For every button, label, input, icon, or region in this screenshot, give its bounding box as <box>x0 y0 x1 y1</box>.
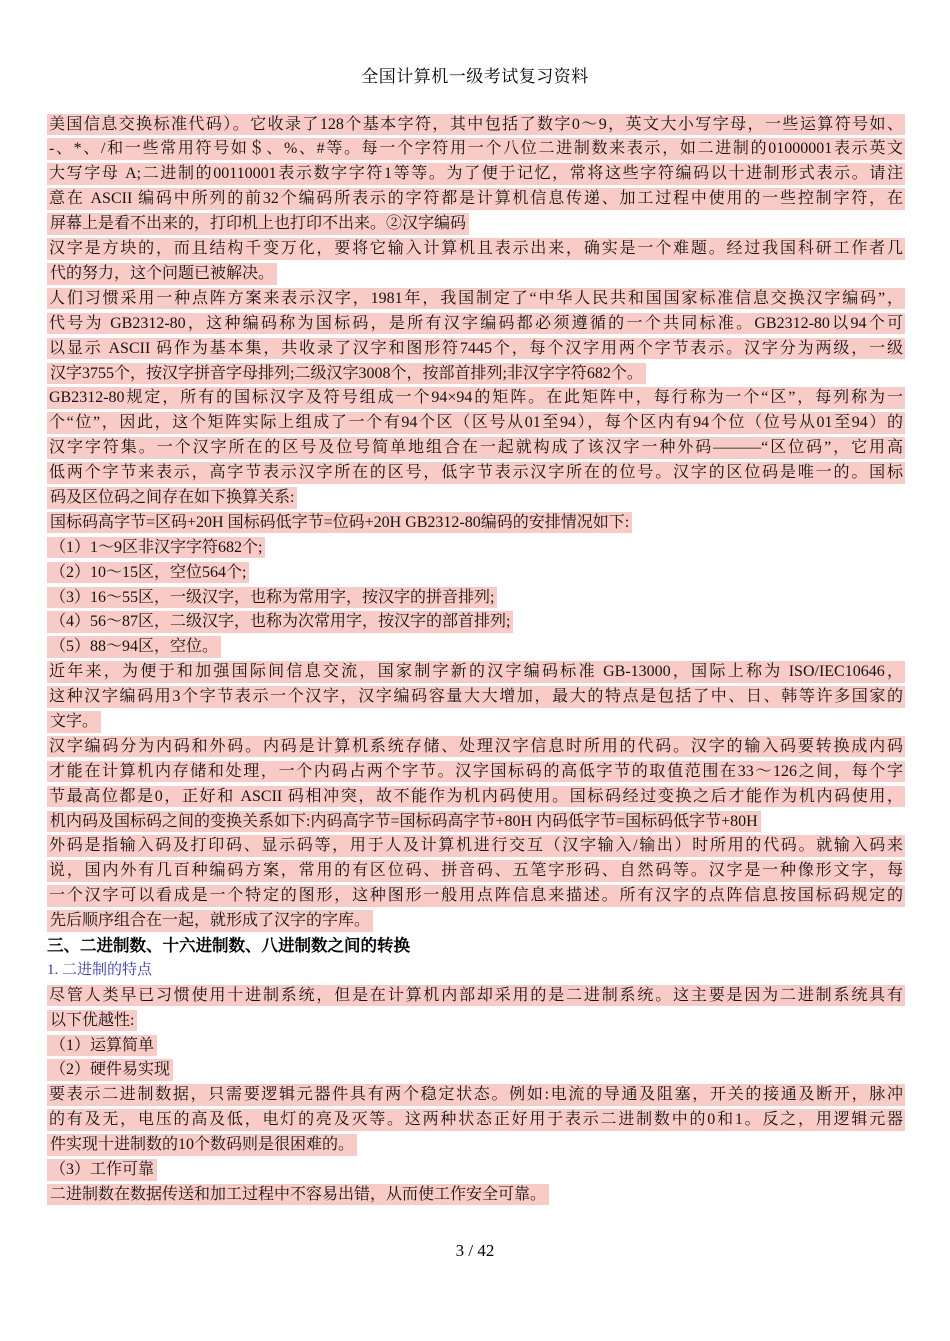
text-line: 二进制数在数据传送和加工过程中不容易出错，从而使工作安全可靠。 <box>47 1182 905 1207</box>
highlighted-text: （2）硬件易实现 <box>47 1059 173 1081</box>
text-line: 代的努力，这个问题已被解决。 <box>47 261 905 286</box>
highlighted-text: 件实现十进制数的10个数码则是很困难的。 <box>47 1134 357 1156</box>
text-line: 意在 ASCII 编码中所列的前32个编码所表示的字符都是计算机信息传递、加工过… <box>47 187 905 212</box>
highlighted-text: 近年来，为便于和加强国际间信息交流，国家制字新的汉字编码标准 GB-13000，… <box>47 661 905 683</box>
highlighted-text: （2）10～15区，空位564个; <box>47 562 249 584</box>
text-line: 近年来，为便于和加强国际间信息交流，国家制字新的汉字编码标准 GB-13000，… <box>47 660 905 685</box>
text-line: 汉字3755个，按汉字拼音字母排列;二级汉字3008个，按部首排列;非汉字字符6… <box>47 361 905 386</box>
highlighted-text: 以显示 ASCII 码作为基本集，共收录了汉字和图形符7445个，每个汉字用两个… <box>47 338 905 360</box>
text-line: 美国信息交换标准代码）。它收录了128个基本字符，其中包括了数字0～9，英文大小… <box>47 112 905 137</box>
text-line: 文字。 <box>47 709 905 734</box>
text-line: 1. 二进制的特点 <box>47 958 905 983</box>
text-line: 以显示 ASCII 码作为基本集，共收录了汉字和图形符7445个，每个汉字用两个… <box>47 336 905 361</box>
highlighted-text: 汉字是方块的，而且结构千变万化，要将它输入计算机且表示出来，确实是一个难题。经过… <box>47 238 905 260</box>
highlighted-text: 文字。 <box>47 711 101 733</box>
highlighted-text: 外码是指输入码及打印码、显示码等，用于人及计算机进行交互（汉字输入/输出）时所用… <box>47 835 905 857</box>
text-line: GB2312-80规定，所有的国标汉字及符号组成一个94×94的矩阵。在此矩阵中… <box>47 386 905 411</box>
text-line: （5）88～94区，空位。 <box>47 635 905 660</box>
highlighted-text: -、*、/和一些常用符号如＄、%、#等。每一个字符用一个八位二进制数来表示，如二… <box>47 138 905 160</box>
highlighted-text: （1）1～9区非汉字字符682个; <box>47 537 265 559</box>
highlighted-text: 低两个字节来表示，高字节表示汉字所在的区号，低字节表示汉字所在的位号。汉字的区位… <box>47 462 905 484</box>
highlighted-text: 要表示二进制数据，只需要逻辑元器件具有两个稳定状态。例如:电流的导通及阻塞，开关… <box>47 1084 905 1106</box>
text-line: （3）工作可靠 <box>47 1157 905 1182</box>
highlighted-text: （3）工作可靠 <box>47 1159 157 1181</box>
highlighted-text: （3）16～55区，一级汉字，也称为常用字，按汉字的拼音排列; <box>47 587 497 609</box>
highlighted-text: 大写字母 A;二进制的00110001表示数字字符1等等。为了便于记忆，常将这些… <box>47 163 905 185</box>
highlighted-text: 汉字字符集。一个汉字所在的区号及位号简单地组合在一起就构成了该汉字一种外码———… <box>47 437 905 459</box>
highlighted-text: 一个汉字可以看成是一个特定的图形，这种图形一般用点阵信息来描述。所有汉字的点阵信… <box>47 885 905 907</box>
highlighted-text: 人们习惯采用一种点阵方案来表示汉字，1981年，我国制定了“中华人民共和国国家标… <box>47 288 905 310</box>
highlighted-text: 先后顺序组合在一起，就形成了汉字的字库。 <box>47 910 373 932</box>
text-line: （1）运算简单 <box>47 1033 905 1058</box>
text-line: 低两个字节来表示，高字节表示汉字所在的区号，低字节表示汉字所在的位号。汉字的区位… <box>47 460 905 485</box>
text-line: 汉字字符集。一个汉字所在的区号及位号简单地组合在一起就构成了该汉字一种外码———… <box>47 436 905 461</box>
text-line: 的有及无，电压的高及低，电灯的亮及灭等。这两种状态正好用于表示二进制数中的0和1… <box>47 1108 905 1133</box>
highlighted-text: 这种汉字编码用3个字节表示一个汉字，汉字编码容量大大增加，最大的特点是包括了中、… <box>47 686 905 708</box>
highlighted-text: （4）56～87区，二级汉字，也称为次常用字，按汉字的部首排列; <box>47 611 513 633</box>
text-line: 要表示二进制数据，只需要逻辑元器件具有两个稳定状态。例如:电流的导通及阻塞，开关… <box>47 1083 905 1108</box>
text-line: 三、二进制数、十六进制数、八进制数之间的转换 <box>47 933 905 958</box>
text-line: 先后顺序组合在一起，就形成了汉字的字库。 <box>47 909 905 934</box>
highlighted-text: 以下优越性: <box>47 1010 137 1032</box>
highlighted-text: （5）88～94区，空位。 <box>47 636 221 658</box>
highlighted-text: 汉字3755个，按汉字拼音字母排列;二级汉字3008个，按部首排列;非汉字字符6… <box>47 363 646 385</box>
sub-heading: 1. 二进制的特点 <box>47 960 152 982</box>
highlighted-text: 二进制数在数据传送和加工过程中不容易出错，从而使工作安全可靠。 <box>47 1184 549 1206</box>
document-title: 全国计算机一级考试复习资料 <box>0 62 950 87</box>
text-line: 大写字母 A;二进制的00110001表示数字字符1等等。为了便于记忆，常将这些… <box>47 162 905 187</box>
text-line: -、*、/和一些常用符号如＄、%、#等。每一个字符用一个八位二进制数来表示，如二… <box>47 137 905 162</box>
text-line: 汉字是方块的，而且结构千变万化，要将它输入计算机且表示出来，确实是一个难题。经过… <box>47 236 905 261</box>
text-line: 件实现十进制数的10个数码则是很困难的。 <box>47 1133 905 1158</box>
text-line: 才能在计算机内存储和处理，一个内码占两个字节。汉字国标码的高低字节的取值范围在3… <box>47 759 905 784</box>
text-line: （3）16～55区，一级汉字，也称为常用字，按汉字的拼音排列; <box>47 585 905 610</box>
text-line: 屏幕上是看不出来的，打印机上也打印不出来。②汉字编码 <box>47 212 905 237</box>
highlighted-text: 屏幕上是看不出来的，打印机上也打印不出来。②汉字编码 <box>47 213 469 235</box>
text-line: （1）1～9区非汉字字符682个; <box>47 535 905 560</box>
document-page: 全国计算机一级考试复习资料 美国信息交换标准代码）。它收录了128个基本字符，其… <box>0 0 950 1341</box>
highlighted-text: 的有及无，电压的高及低，电灯的亮及灭等。这两种状态正好用于表示二进制数中的0和1… <box>47 1109 905 1131</box>
text-line: 汉字编码分为内码和外码。内码是计算机系统存储、处理汉字信息时所用的代码。汉字的输… <box>47 734 905 759</box>
highlighted-text: 才能在计算机内存储和处理，一个内码占两个字节。汉字国标码的高低字节的取值范围在3… <box>47 761 905 783</box>
highlighted-text: 意在 ASCII 编码中所列的前32个编码所表示的字符都是计算机信息传递、加工过… <box>47 188 905 210</box>
highlighted-text: 美国信息交换标准代码）。它收录了128个基本字符，其中包括了数字0～9，英文大小… <box>47 114 905 136</box>
text-line: 外码是指输入码及打印码、显示码等，用于人及计算机进行交互（汉字输入/输出）时所用… <box>47 834 905 859</box>
page-number: 3 / 42 <box>0 1241 950 1261</box>
text-line: 节最高位都是0，正好和 ASCII 码相冲突，故不能作为机内码使用。国标码经过变… <box>47 784 905 809</box>
highlighted-text: 个“位”，因此，这个矩阵实际上组成了一个有94个区（区号从01至94），每个区内… <box>47 412 905 434</box>
highlighted-text: 汉字编码分为内码和外码。内码是计算机系统存储、处理汉字信息时所用的代码。汉字的输… <box>47 736 905 758</box>
highlighted-text: 代号为 GB2312-80，这种编码称为国标码，是所有汉字编码都必须遵循的一个共… <box>47 313 905 335</box>
text-line: （2）10～15区，空位564个; <box>47 560 905 585</box>
highlighted-text: 代的努力，这个问题已被解决。 <box>47 263 277 285</box>
highlighted-text: GB2312-80规定，所有的国标汉字及符号组成一个94×94的矩阵。在此矩阵中… <box>47 387 905 409</box>
text-line: （2）硬件易实现 <box>47 1058 905 1083</box>
highlighted-text: 码及区位码之间存在如下换算关系: <box>47 487 297 509</box>
text-line: 机内码及国标码之间的变换关系如下:内码高字节=国标码高字节+80H 内码低字节=… <box>47 809 905 834</box>
highlighted-text: 节最高位都是0，正好和 ASCII 码相冲突，故不能作为机内码使用。国标码经过变… <box>47 786 905 808</box>
highlighted-text: （1）运算简单 <box>47 1035 157 1057</box>
text-line: 以下优越性: <box>47 1008 905 1033</box>
text-line: 这种汉字编码用3个字节表示一个汉字，汉字编码容量大大增加，最大的特点是包括了中、… <box>47 684 905 709</box>
text-line: 个“位”，因此，这个矩阵实际上组成了一个有94个区（区号从01至94），每个区内… <box>47 411 905 436</box>
document-body: 美国信息交换标准代码）。它收录了128个基本字符，其中包括了数字0～9，英文大小… <box>47 112 905 1207</box>
highlighted-text: 国标码高字节=区码+20H 国标码低字节=位码+20H GB2312-80编码的… <box>47 512 632 534</box>
text-line: （4）56～87区，二级汉字，也称为次常用字，按汉字的部首排列; <box>47 610 905 635</box>
highlighted-text: 机内码及国标码之间的变换关系如下:内码高字节=国标码高字节+80H 内码低字节=… <box>47 811 761 833</box>
text-line: 尽管人类早已习惯使用十进制系统，但是在计算机内部却采用的是二进制系统。这主要是因… <box>47 983 905 1008</box>
highlighted-text: 说，国内外有几百种编码方案，常用的有区位码、拼音码、五笔字形码、自然码等。汉字是… <box>47 860 905 882</box>
text-line: 码及区位码之间存在如下换算关系: <box>47 485 905 510</box>
section-heading: 三、二进制数、十六进制数、八进制数之间的转换 <box>47 935 410 957</box>
text-line: 说，国内外有几百种编码方案，常用的有区位码、拼音码、五笔字形码、自然码等。汉字是… <box>47 859 905 884</box>
highlighted-text: 尽管人类早已习惯使用十进制系统，但是在计算机内部却采用的是二进制系统。这主要是因… <box>47 985 905 1007</box>
text-line: 一个汉字可以看成是一个特定的图形，这种图形一般用点阵信息来描述。所有汉字的点阵信… <box>47 884 905 909</box>
text-line: 人们习惯采用一种点阵方案来表示汉字，1981年，我国制定了“中华人民共和国国家标… <box>47 286 905 311</box>
text-line: 国标码高字节=区码+20H 国标码低字节=位码+20H GB2312-80编码的… <box>47 510 905 535</box>
text-line: 代号为 GB2312-80，这种编码称为国标码，是所有汉字编码都必须遵循的一个共… <box>47 311 905 336</box>
